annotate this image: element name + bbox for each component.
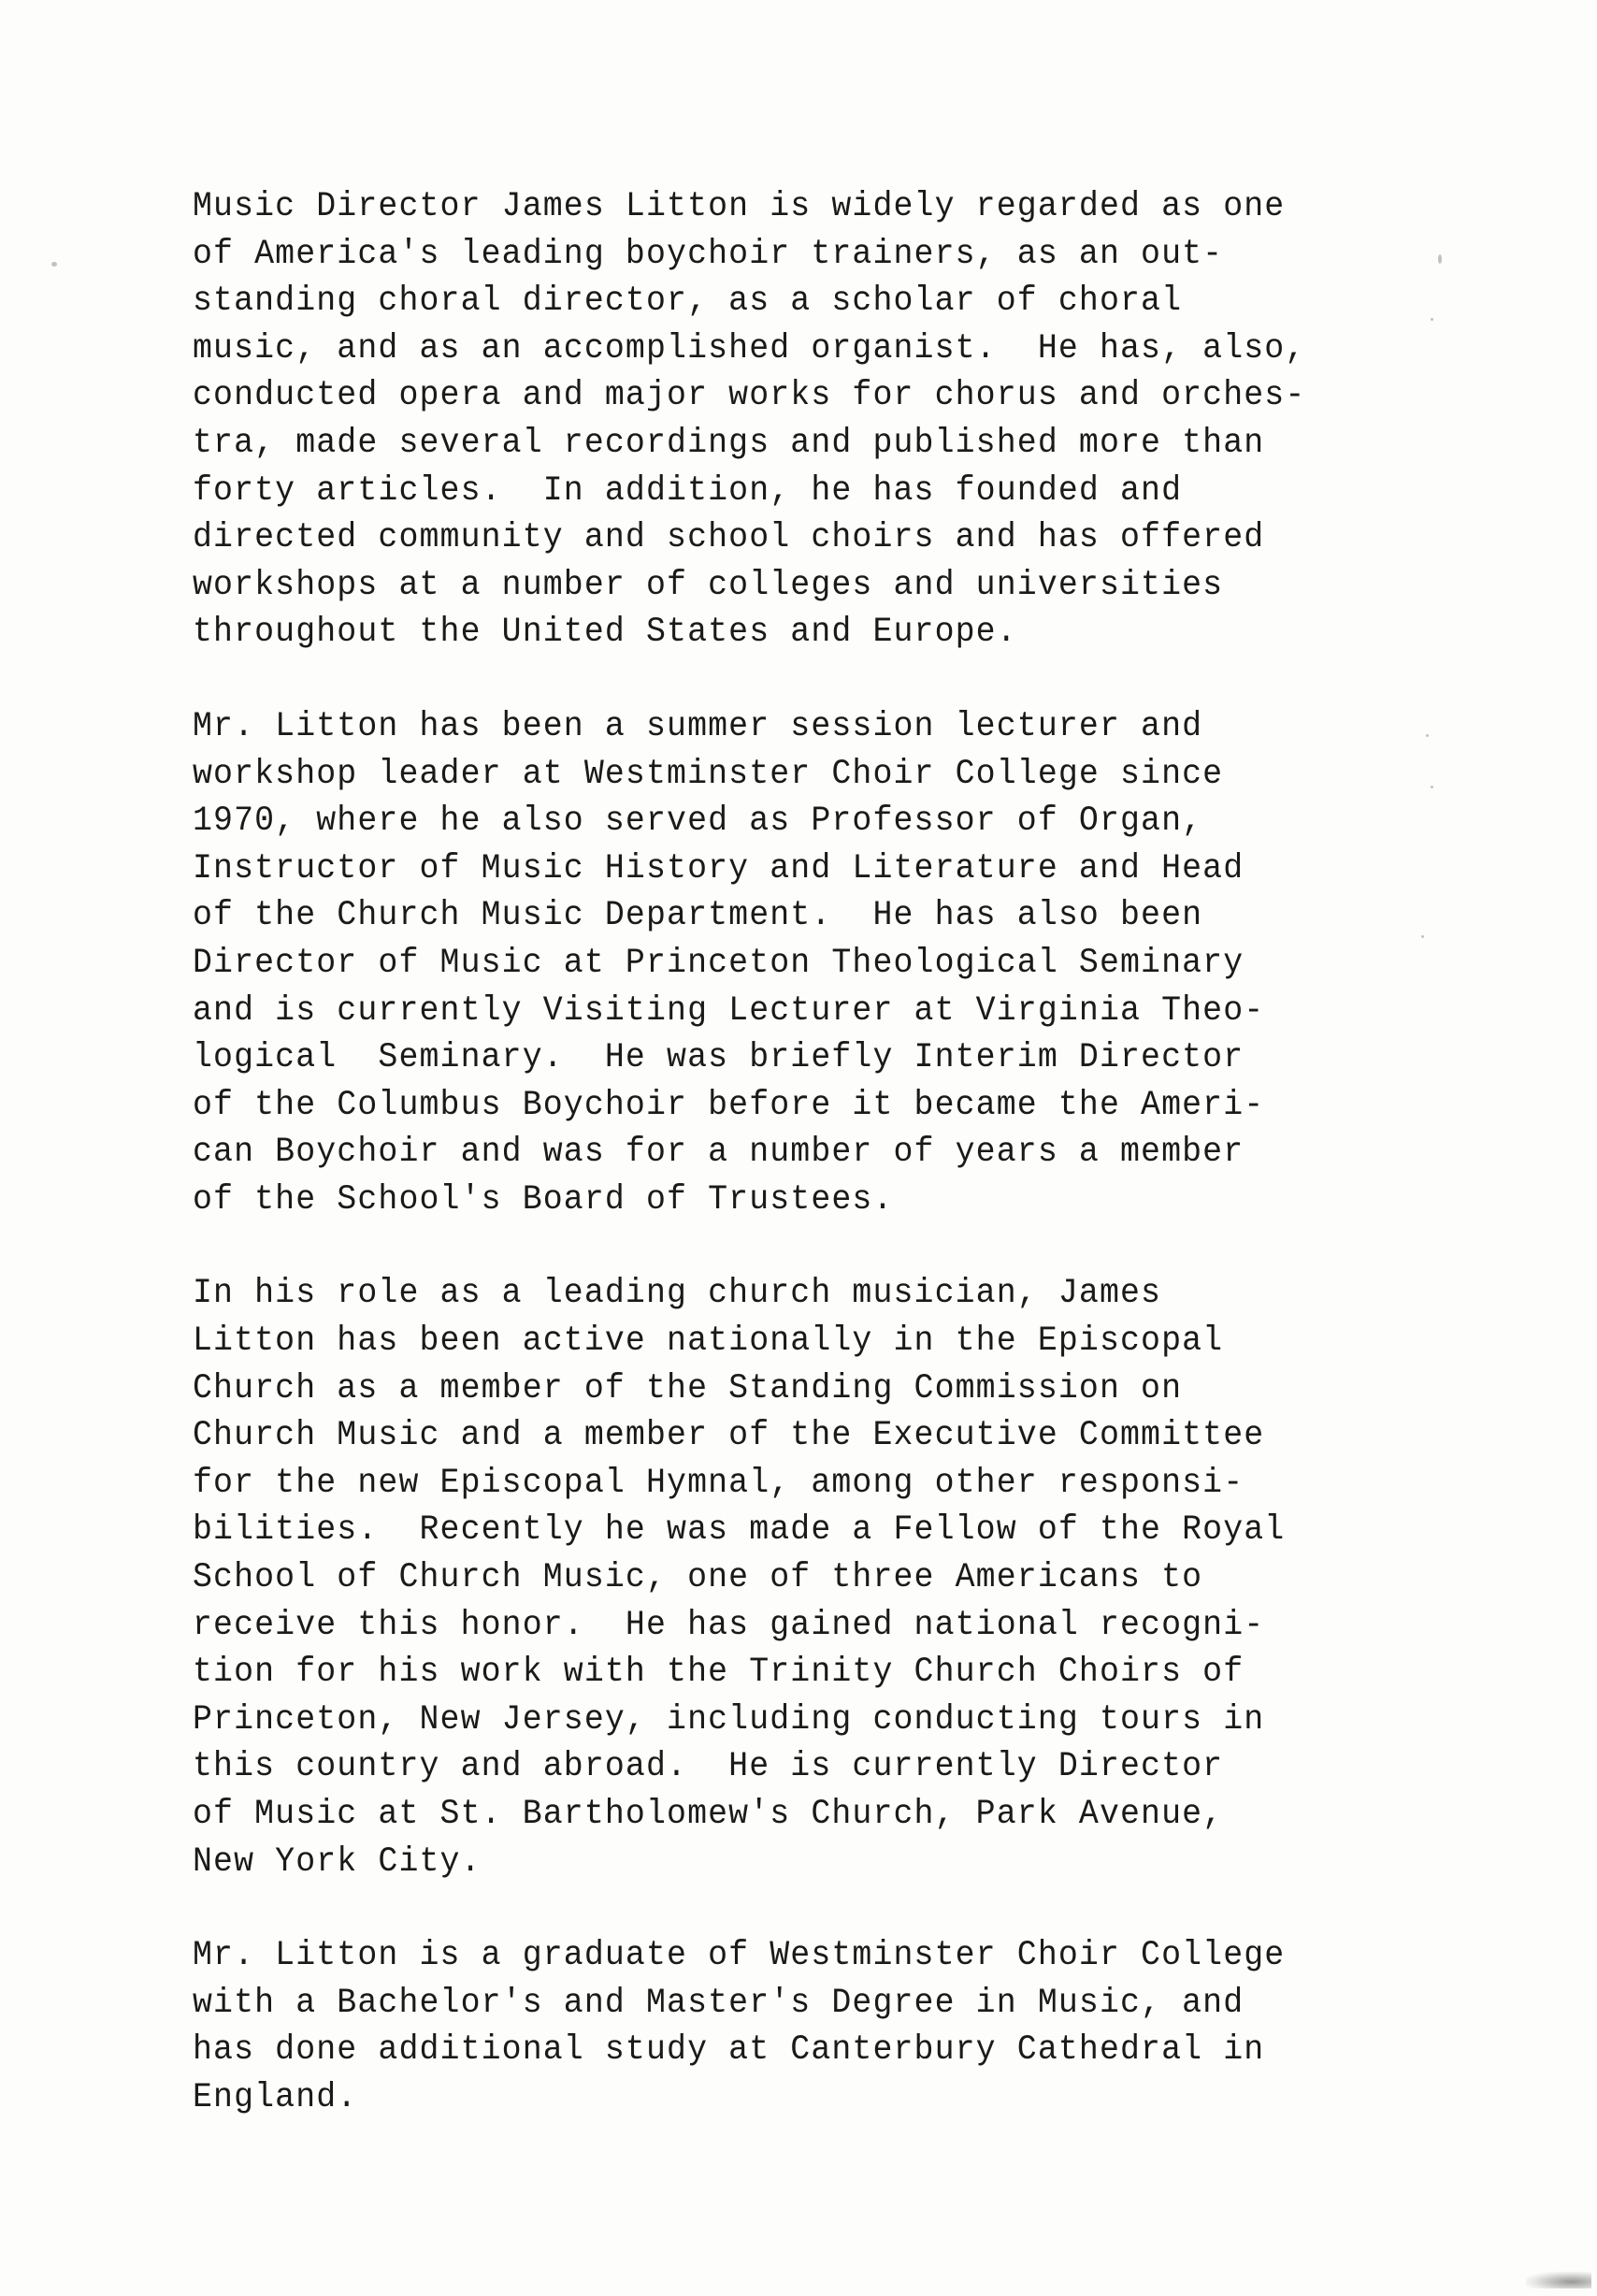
text-line: of Music at St. Bartholomew's Church, Pa… bbox=[193, 1791, 1410, 1839]
text-line: Instructor of Music History and Literatu… bbox=[193, 845, 1410, 893]
text-line: 1970, where he also served as Professor … bbox=[193, 798, 1410, 845]
text-line: In his role as a leading church musician… bbox=[193, 1270, 1410, 1318]
text-line: workshop leader at Westminster Choir Col… bbox=[193, 751, 1410, 799]
text-line: of the Columbus Boychoir before it becam… bbox=[193, 1082, 1410, 1130]
text-line: music, and as an accomplished organist. … bbox=[193, 325, 1410, 373]
corner-smudge bbox=[1526, 2272, 1591, 2289]
text-line: receive this honor. He has gained nation… bbox=[193, 1602, 1410, 1650]
text-line: of the School's Board of Trustees. bbox=[193, 1177, 1410, 1224]
text-line: logical Seminary. He was briefly Interim… bbox=[193, 1034, 1410, 1082]
text-line: has done additional study at Canterbury … bbox=[193, 2027, 1410, 2074]
text-line: of the Church Music Department. He has a… bbox=[193, 892, 1410, 940]
text-line: tion for his work with the Trinity Churc… bbox=[193, 1649, 1410, 1697]
text-line: New York City. bbox=[193, 1839, 1410, 1886]
text-line: Director of Music at Princeton Theologic… bbox=[193, 940, 1410, 988]
text-line: Church as a member of the Standing Commi… bbox=[193, 1365, 1410, 1413]
text-line: for the new Episcopal Hymnal, among othe… bbox=[193, 1460, 1410, 1508]
paper-speck bbox=[51, 262, 57, 267]
text-line: Church Music and a member of the Executi… bbox=[193, 1412, 1410, 1460]
text-line: workshops at a number of colleges and un… bbox=[193, 562, 1410, 610]
text-line: School of Church Music, one of three Ame… bbox=[193, 1554, 1410, 1602]
paper-speck bbox=[1431, 786, 1433, 788]
text-line: conducted opera and major works for chor… bbox=[193, 372, 1410, 420]
text-line: forty articles. In addition, he has foun… bbox=[193, 468, 1410, 515]
paragraph-4: Mr. Litton is a graduate of Westminster … bbox=[193, 1932, 1410, 2121]
text-line: Litton has been active nationally in the… bbox=[193, 1318, 1410, 1365]
text-line: directed community and school choirs and… bbox=[193, 514, 1410, 562]
text-line: Princeton, New Jersey, including conduct… bbox=[193, 1697, 1410, 1744]
paper-speck bbox=[1438, 254, 1442, 264]
text-line: standing choral director, as a scholar o… bbox=[193, 278, 1410, 325]
text-line: Mr. Litton is a graduate of Westminster … bbox=[193, 1932, 1410, 1980]
text-line: can Boychoir and was for a number of yea… bbox=[193, 1129, 1410, 1177]
paragraph-3: In his role as a leading church musician… bbox=[193, 1270, 1410, 1885]
text-line: with a Bachelor's and Master's Degree in… bbox=[193, 1980, 1410, 2028]
paragraph-1: Music Director James Litton is widely re… bbox=[193, 183, 1410, 657]
text-line: this country and abroad. He is currently… bbox=[193, 1743, 1410, 1791]
text-line: tra, made several recordings and publish… bbox=[193, 420, 1410, 468]
paper-speck bbox=[1431, 318, 1433, 321]
paper-speck bbox=[1421, 935, 1424, 938]
document-page: Music Director James Litton is widely re… bbox=[0, 0, 1597, 2296]
text-line: of America's leading boychoir trainers, … bbox=[193, 231, 1410, 279]
paper-speck bbox=[1426, 734, 1429, 737]
text-line: throughout the United States and Europe. bbox=[193, 609, 1410, 657]
text-line: Mr. Litton has been a summer session lec… bbox=[193, 703, 1410, 751]
biography-text: Music Director James Litton is widely re… bbox=[193, 183, 1410, 2169]
paragraph-2: Mr. Litton has been a summer session lec… bbox=[193, 703, 1410, 1224]
text-line: Music Director James Litton is widely re… bbox=[193, 183, 1410, 231]
text-line: and is currently Visiting Lecturer at Vi… bbox=[193, 988, 1410, 1035]
text-line: England. bbox=[193, 2074, 1410, 2122]
text-line: bilities. Recently he was made a Fellow … bbox=[193, 1507, 1410, 1554]
